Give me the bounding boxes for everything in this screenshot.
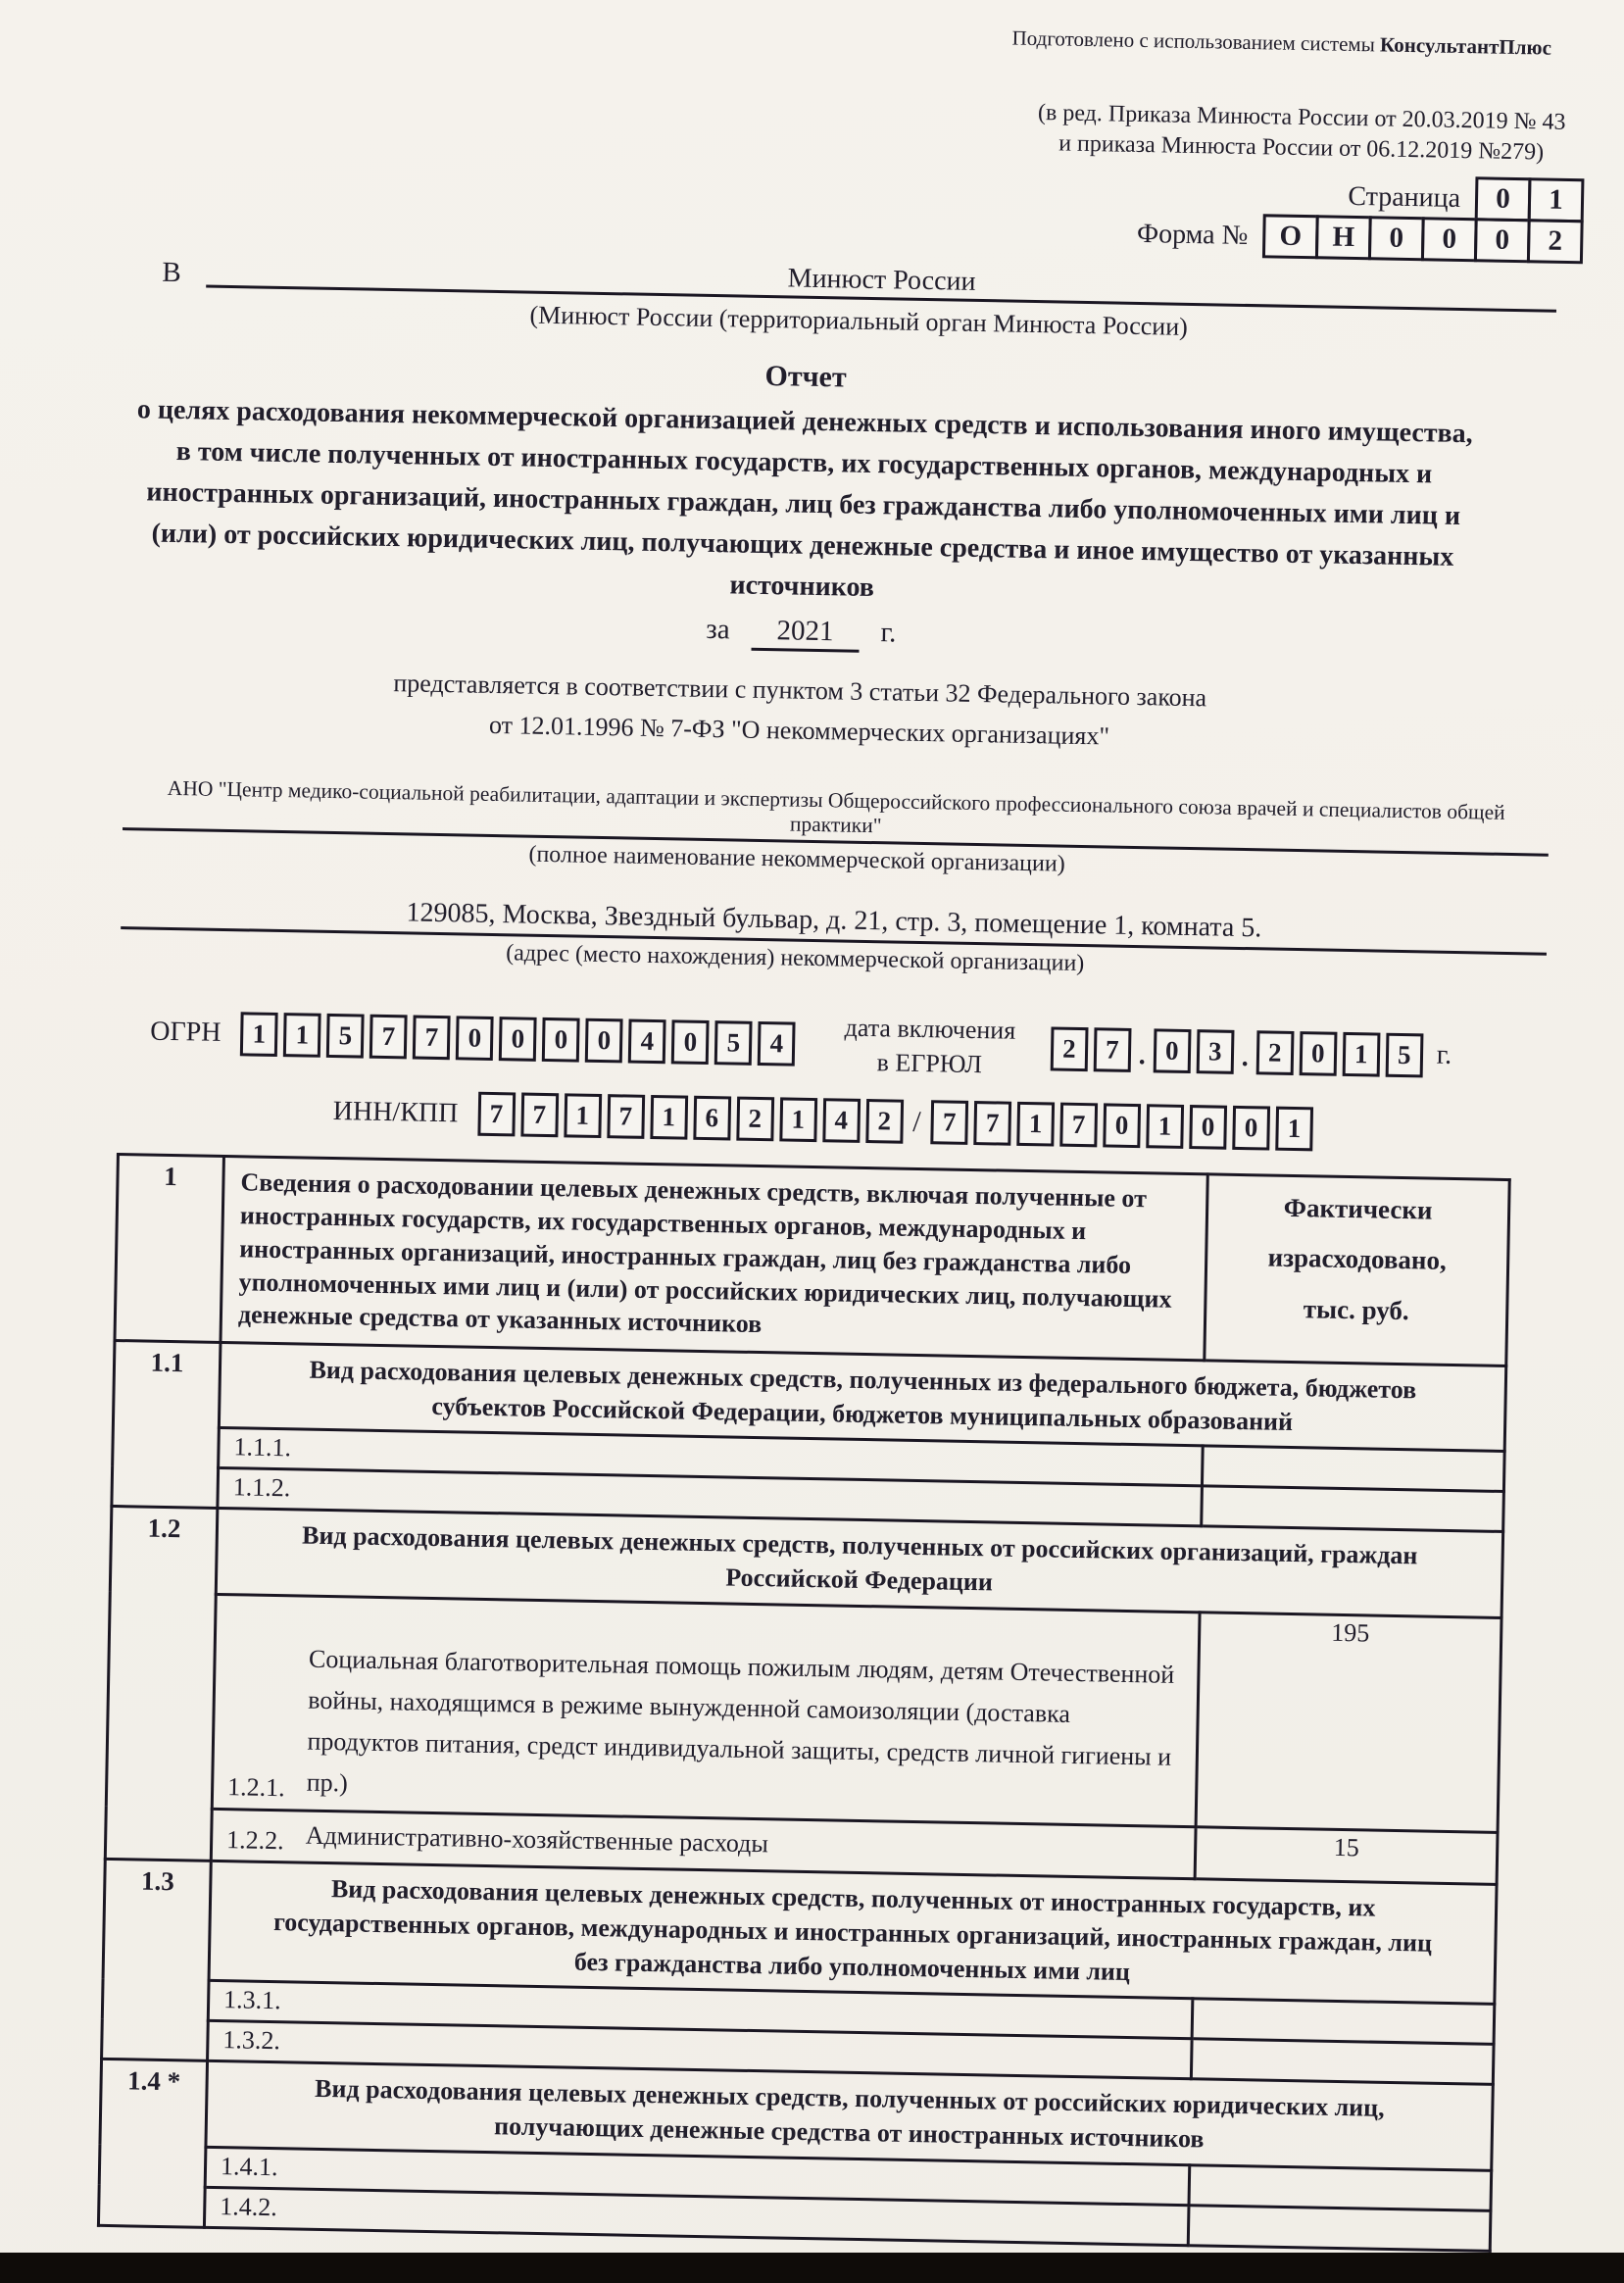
expense-table: 1 Сведения о расходовании целевых денежн…	[97, 1153, 1511, 2252]
inn-digit-box: 1	[779, 1098, 817, 1143]
ogrn-digit-box: 1	[283, 1013, 321, 1058]
value-header-line: израсходовано,	[1215, 1232, 1500, 1288]
ogrn-digit-box: 5	[714, 1020, 753, 1066]
egrul-date-digit-box: 2	[1050, 1026, 1088, 1071]
prepared-note: Подготовлено с использованием системы Ко…	[0, 0, 1624, 62]
page-form-number-block: Страница 0 1 Форма № О Н 0 0 0 2	[0, 150, 1621, 265]
row-number-cell: 1.4 *	[98, 2060, 207, 2227]
inn-digit-box: 4	[822, 1098, 861, 1143]
subrow-label: 1.1.2.	[232, 1473, 290, 1504]
inn-kpp-separator: /	[912, 1106, 921, 1139]
ogrn-digit-box: 0	[671, 1019, 710, 1065]
prepared-note-text: Подготовлено с использованием системы	[1011, 26, 1380, 57]
ogrn-digit-box: 0	[499, 1017, 537, 1062]
subrow-label: 1.2.1.	[227, 1772, 285, 1803]
subrow-label-cell: 1.2.1.Социальная благотворительная помощ…	[212, 1594, 1200, 1827]
inn-digit-box: 6	[693, 1096, 731, 1141]
form-number-label: Форма №	[1137, 219, 1249, 252]
subrow-value: 15	[1195, 1827, 1498, 1885]
report-year: 2021	[751, 615, 860, 653]
subrow-value	[1202, 1446, 1504, 1492]
subrow-value: 195	[1196, 1612, 1501, 1832]
subrow-value	[1191, 2039, 1494, 2085]
subrow-label: 1.4.1.	[221, 2152, 278, 2182]
egrul-date-digit-box: 7	[1093, 1027, 1131, 1072]
subrow-value	[1192, 1999, 1495, 2045]
kpp-digit-box: 0	[1189, 1105, 1227, 1150]
value-header-line: тыс. руб.	[1214, 1282, 1499, 1338]
egrul-date-digit-box: 1	[1342, 1031, 1380, 1076]
inn-digit-box: 2	[736, 1097, 774, 1142]
subrow-value	[1188, 2205, 1491, 2251]
subrow-value	[1202, 1486, 1504, 1532]
ogrn-digit-box: 7	[369, 1014, 408, 1059]
kpp-digit-box: 0	[1232, 1106, 1270, 1151]
kpp-digit-box: 1	[1146, 1104, 1184, 1149]
scanner-edge-bar	[0, 2253, 1624, 2283]
egrul-date-label-line-1: дата включения	[844, 1011, 1015, 1048]
ogrn-digit-box: 4	[758, 1021, 796, 1067]
egrul-date-label: дата включения в ЕГРЮЛ	[844, 1011, 1016, 1082]
row-number-cell: 1.2	[105, 1507, 218, 1861]
inn-digit-box: 7	[477, 1092, 516, 1137]
inn-kpp-label: ИНН/КПП	[333, 1096, 459, 1129]
kpp-digit-box: 7	[1059, 1103, 1098, 1148]
subrow-value	[1189, 2164, 1492, 2210]
kpp-digit-box: 1	[1275, 1107, 1313, 1152]
page-digit-box: 0	[1475, 177, 1532, 223]
edict-note: (в ред. Приказа Минюста России от 20.03.…	[1037, 98, 1566, 169]
inn-digit-box: 1	[564, 1094, 602, 1139]
value-header-line: Фактически	[1216, 1182, 1501, 1238]
kpp-digit-box: 0	[1103, 1104, 1141, 1149]
inn-kpp-row: ИНН/КПП 7 7 1 7 1 6 2 1 4 2 / 7 7 1 7 0 …	[332, 1089, 1604, 1157]
table-row-1-2-1: 1.2.1.Социальная благотворительная помощ…	[106, 1592, 1501, 1832]
table-row-1: 1 Сведения о расходовании целевых денежн…	[115, 1155, 1509, 1366]
form-number-boxes: О Н 0 0 0 2	[1265, 215, 1584, 265]
egrul-date-digit-box: 3	[1196, 1029, 1234, 1074]
group-1-3-header-text: Вид расходования целевых денежных средст…	[209, 1861, 1497, 2004]
inn-digit-box: 2	[865, 1099, 904, 1144]
page-number-label: Страница	[1348, 181, 1460, 215]
egrul-date-label-line-2: в ЕГРЮЛ	[844, 1045, 1015, 1082]
ogrn-digit-box: 4	[628, 1018, 666, 1064]
kpp-digit-box: 1	[1016, 1102, 1055, 1147]
row-number-cell: 1.3	[102, 1859, 212, 2060]
kpp-digit-box: 7	[973, 1101, 1011, 1146]
form-digit-box: 0	[1421, 218, 1478, 263]
egrul-date-digit-box: 2	[1255, 1030, 1294, 1075]
subrow-text: Социальная благотворительная помощь пожи…	[306, 1638, 1187, 1819]
subrow-label: 1.2.2.	[226, 1825, 284, 1856]
egrul-date-suffix: г.	[1437, 1040, 1452, 1071]
year-suffix: г.	[880, 618, 896, 649]
report-title-body: о целях расходования некоммерческой орга…	[127, 390, 1479, 620]
ogrn-digit-box: 0	[585, 1017, 623, 1063]
ogrn-digit-box: 0	[542, 1017, 580, 1062]
page-digit-box: 1	[1528, 178, 1585, 223]
subrow-text: Административно-хозяйственные расходы	[305, 1815, 768, 1865]
ogrn-digit-box: 7	[413, 1015, 451, 1060]
year-prefix: за	[706, 614, 730, 645]
row-number-cell: 1.1	[112, 1341, 221, 1509]
ogrn-row: ОГРН 1 1 5 7 7 0 0 0 0 4 0 5 4 дата вклю…	[150, 998, 1606, 1093]
subrow-label: 1.4.2.	[220, 2192, 277, 2222]
form-digit-box: Н	[1315, 216, 1372, 261]
form-digit-box: О	[1262, 215, 1319, 260]
subrow-label: 1.1.1.	[233, 1433, 291, 1464]
inn-digit-box: 7	[607, 1094, 645, 1139]
egrul-date-digit-box: 0	[1299, 1031, 1337, 1076]
date-separator-dot: .	[1138, 1040, 1146, 1071]
page-number-boxes: 0 1	[1478, 177, 1585, 223]
law-reference: представляется в соответствии с пунктом …	[0, 657, 1612, 766]
report-title-block: Отчет о целях расходования некоммерческо…	[0, 346, 1618, 667]
subrow-label: 1.3.2.	[222, 2025, 280, 2056]
addressee-prefix: В	[162, 259, 181, 287]
egrul-date-digit-box: 5	[1385, 1032, 1423, 1077]
ogrn-digit-box: 1	[240, 1012, 278, 1057]
row-1-description: Сведения о расходовании целевых денежных…	[221, 1157, 1207, 1361]
ogrn-label: ОГРН	[150, 1017, 221, 1049]
row-number-cell: 1	[115, 1155, 223, 1343]
form-digit-box: 0	[1368, 217, 1425, 262]
inn-digit-box: 7	[520, 1093, 559, 1138]
form-digit-box: 2	[1527, 220, 1584, 265]
ogrn-digit-box: 5	[326, 1013, 365, 1058]
date-separator-dot: .	[1241, 1042, 1249, 1073]
scan-tilt-wrapper: Подготовлено с использованием системы Ко…	[0, 0, 1624, 2254]
inn-digit-box: 1	[650, 1095, 688, 1140]
form-number-row: Форма № О Н 0 0 0 2	[1137, 212, 1584, 264]
scanned-report-page: Подготовлено с использованием системы Ко…	[0, 0, 1624, 2283]
ogrn-digit-box: 0	[456, 1016, 494, 1061]
prepared-note-brand: КонсультантПлюс	[1380, 32, 1551, 59]
egrul-date-digit-box: 0	[1153, 1028, 1191, 1073]
value-column-header: Фактически израсходовано, тыс. руб.	[1205, 1174, 1509, 1366]
kpp-digit-box: 7	[930, 1100, 968, 1145]
subrow-label: 1.3.1.	[223, 1985, 281, 2015]
form-digit-box: 0	[1474, 219, 1531, 264]
